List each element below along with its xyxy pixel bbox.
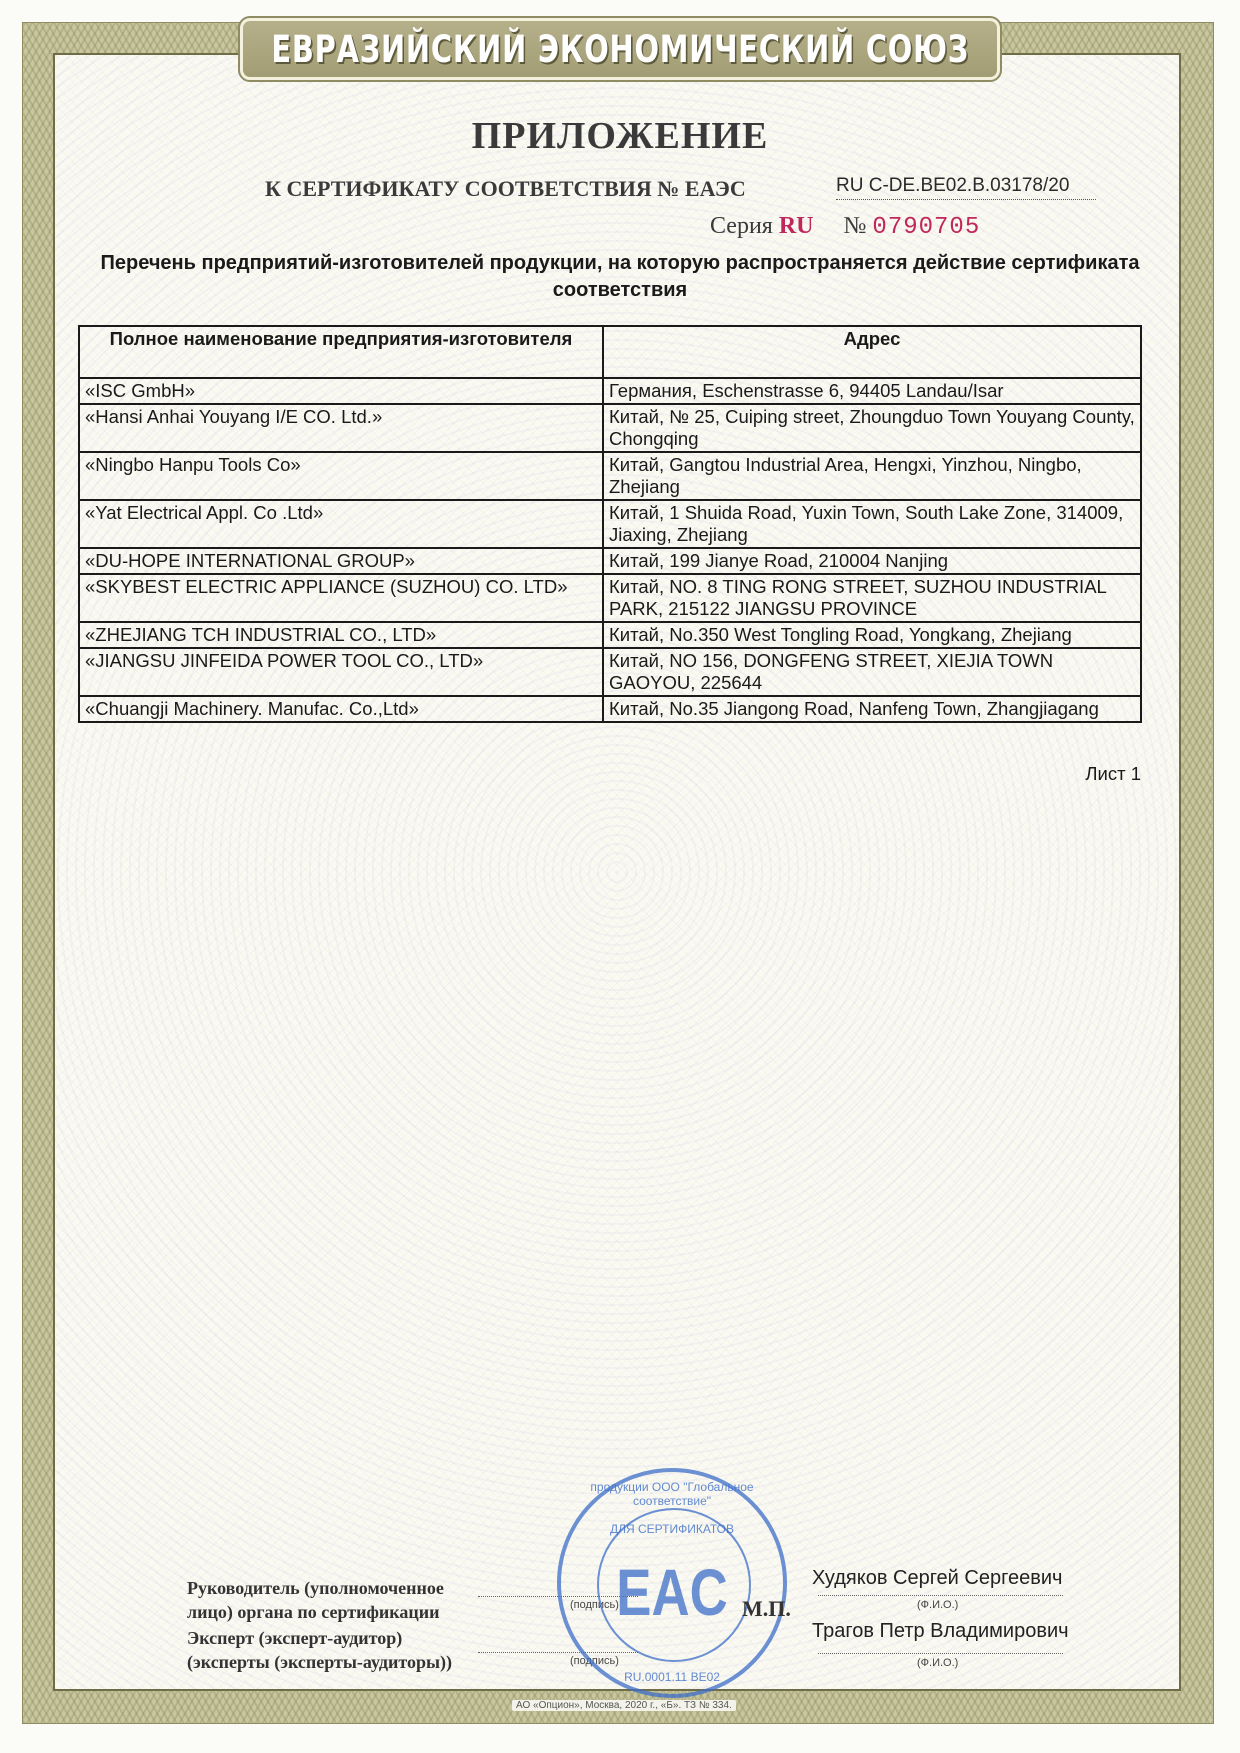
form-number-label: №: [844, 213, 867, 239]
manufacturer-name: «ISC GmbH»: [79, 378, 603, 404]
table-row: «Ningbo Hanpu Tools Co»Китай, Gangtou In…: [79, 452, 1141, 500]
series-line: Серия RU № 0790705: [710, 213, 980, 241]
union-banner: ЕВРАЗИЙСКИЙ ЭКОНОМИЧЕСКИЙ СОЮЗ: [240, 18, 1000, 80]
page-title: ПРИЛОЖЕНИЕ: [0, 114, 1240, 158]
head-full-name: Худяков Сергей Сергеевич: [812, 1567, 1062, 1590]
manufacturer-address: Китай, 1 Shuida Road, Yuxin Town, South …: [603, 500, 1141, 548]
sheet-number: Лист 1: [1085, 763, 1141, 785]
manufacturer-name: «Ningbo Hanpu Tools Co»: [79, 452, 603, 500]
column-header-address: Адрес: [603, 326, 1141, 378]
manufacturers-table: Полное наименование предприятия-изготови…: [78, 325, 1142, 723]
eac-mark-icon: EAC: [583, 1554, 761, 1630]
manufacturer-address: Китай, Gangtou Industrial Area, Hengxi, …: [603, 452, 1141, 500]
certificate-number: RU C-DE.BE02.B.03178/20: [836, 175, 1096, 200]
table-row: «ZHEJIANG TCH INDUSTRIAL CO., LTD»Китай,…: [79, 622, 1141, 648]
expert-label-line-2: (эксперты (эксперты-аудиторы)): [187, 1650, 452, 1674]
printer-imprint: АО «Опцион», Москва, 2020 г., «Б». ТЗ № …: [512, 1700, 736, 1711]
head-of-body-label: Руководитель (уполномоченное лицо) орган…: [187, 1576, 444, 1624]
expert-full-name: Трагов Петр Владимирович: [812, 1620, 1069, 1643]
manufacturer-address: Китай, № 25, Cuiping street, Zhoungduo T…: [603, 404, 1141, 452]
table-row: «Hansi Anhai Youyang I/E CO. Ltd.»Китай,…: [79, 404, 1141, 452]
certification-stamp: продукции ООО "Глобальное соответствие" …: [557, 1468, 787, 1698]
certificate-reference-label: К СЕРТИФИКАТУ СООТВЕТСТВИЯ № ЕАЭС: [265, 176, 746, 202]
head-name-line: [818, 1595, 1063, 1596]
expert-name-caption: (Ф.И.О.): [917, 1657, 958, 1669]
column-header-name: Полное наименование предприятия-изготови…: [79, 326, 603, 378]
stamp-center-text: ДЛЯ СЕРТИФИКАТОВ: [561, 1522, 783, 1536]
expert-label: Эксперт (эксперт-аудитор) (эксперты (экс…: [187, 1626, 452, 1674]
union-banner-text: ЕВРАЗИЙСКИЙ ЭКОНОМИЧЕСКИЙ СОЮЗ: [271, 28, 969, 71]
manufacturer-address: Китай, NO 156, DONGFENG STREET, XIEJIA T…: [603, 648, 1141, 696]
manufacturer-address: Китай, No.350 West Tongling Road, Yongka…: [603, 622, 1141, 648]
expert-name-line: [818, 1653, 1063, 1654]
stamp-registration: RU.0001.11 BE02: [561, 1670, 783, 1684]
manufacturer-name: «ZHEJIANG TCH INDUSTRIAL CO., LTD»: [79, 622, 603, 648]
manufacturer-name: «Chuangji Machinery. Manufac. Co.,Ltd»: [79, 696, 603, 722]
section-subtitle: Перечень предприятий-изготовителей проду…: [60, 250, 1180, 304]
manufacturer-name: «JIANGSU JINFEIDA POWER TOOL CO., LTD»: [79, 648, 603, 696]
manufacturer-name: «SKYBEST ELECTRIC APPLIANCE (SUZHOU) CO.…: [79, 574, 603, 622]
manufacturer-address: Китай, NO. 8 TING RONG STREET, SUZHOU IN…: [603, 574, 1141, 622]
head-name-caption: (Ф.И.О.): [917, 1599, 958, 1611]
manufacturer-address: Китай, 199 Jianye Road, 210004 Nanjing: [603, 548, 1141, 574]
manufacturer-name: «Hansi Anhai Youyang I/E CO. Ltd.»: [79, 404, 603, 452]
manufacturer-address: Китай, No.35 Jiangong Road, Nanfeng Town…: [603, 696, 1141, 722]
series-label: Серия: [710, 213, 773, 239]
manufacturer-name: «Yat Electrical Appl. Co .Ltd»: [79, 500, 603, 548]
form-number-value: 0790705: [872, 214, 980, 241]
table-row: «JIANGSU JINFEIDA POWER TOOL CO., LTD»Ки…: [79, 648, 1141, 696]
manufacturer-address: Германия, Eschenstrasse 6, 94405 Landau/…: [603, 378, 1141, 404]
table-row: «Chuangji Machinery. Manufac. Co.,Ltd»Ки…: [79, 696, 1141, 722]
table-header-row: Полное наименование предприятия-изготови…: [79, 326, 1141, 378]
table-row: «DU-HOPE INTERNATIONAL GROUP»Китай, 199 …: [79, 548, 1141, 574]
table-row: «SKYBEST ELECTRIC APPLIANCE (SUZHOU) CO.…: [79, 574, 1141, 622]
series-value: RU: [779, 213, 814, 239]
head-label-line-2: лицо) органа по сертификации: [187, 1600, 444, 1624]
seal-place-label: М.П.: [742, 1596, 791, 1622]
head-label-line-1: Руководитель (уполномоченное: [187, 1576, 444, 1600]
manufacturer-name: «DU-HOPE INTERNATIONAL GROUP»: [79, 548, 603, 574]
table-row: «ISC GmbH»Германия, Eschenstrasse 6, 944…: [79, 378, 1141, 404]
expert-label-line-1: Эксперт (эксперт-аудитор): [187, 1626, 452, 1650]
stamp-ring-text: продукции ООО "Глобальное соответствие": [561, 1480, 783, 1508]
table-row: «Yat Electrical Appl. Co .Ltd»Китай, 1 S…: [79, 500, 1141, 548]
